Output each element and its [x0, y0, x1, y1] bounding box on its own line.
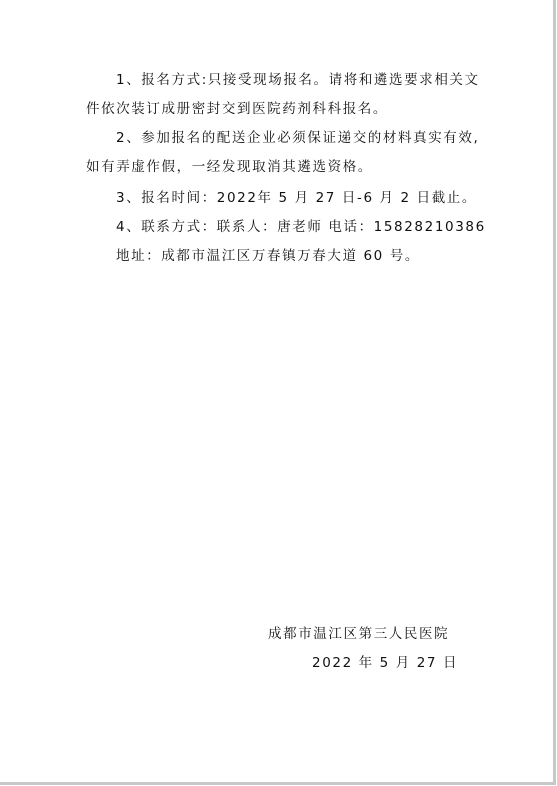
- paragraph-4-contact: 4、联系方式：联系人：唐老师 电话：15828210386: [116, 219, 486, 235]
- paragraph-5-address: 地址：成都市温江区万春镇万春大道 60 号。: [116, 248, 420, 264]
- signature-organization: 成都市温江区第三人民医院: [268, 626, 449, 642]
- paragraph-1-line-1: 1、报名方式:只接受现场报名。请将和遴选要求相关文: [116, 72, 480, 88]
- paragraph-2-line-2: 如有弄虚作假，一经发现取消其遴选资格。: [86, 159, 373, 175]
- paragraph-2-line-1: 2、参加报名的配送企业必须保证递交的材料真实有效,: [116, 130, 479, 146]
- paragraph-1-line-2: 件依次装订成册密封交到医院药剂科科报名。: [86, 101, 388, 117]
- paragraph-3-registration-time: 3、报名时间：2022年 5 月 27 日-6 月 2 日截止。: [116, 190, 477, 206]
- signature-date: 2022 年 5 月 27 日: [312, 655, 458, 671]
- document-page: 1、报名方式:只接受现场报名。请将和遴选要求相关文 件依次装订成册密封交到医院药…: [0, 0, 556, 785]
